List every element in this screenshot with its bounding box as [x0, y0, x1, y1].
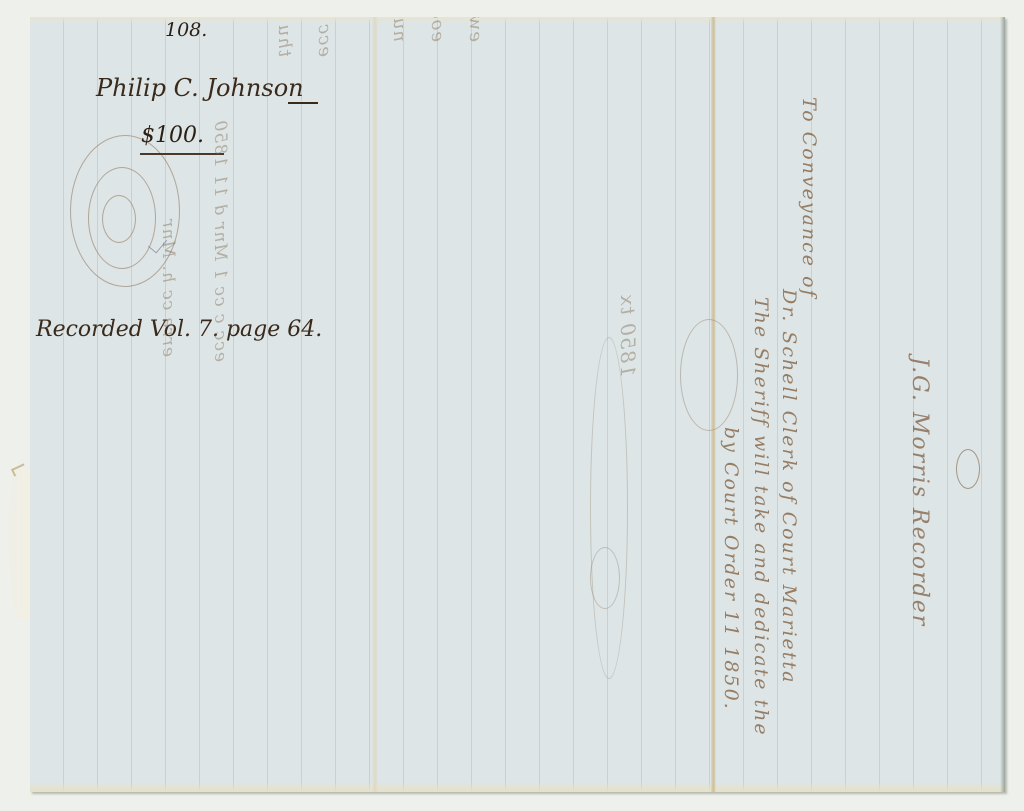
loop-mark: [680, 319, 738, 431]
bleed-through-column: erre cc h. Mnr: [158, 219, 178, 357]
docket-line: To Conveyance of: [798, 97, 820, 299]
amount: $100.: [141, 123, 204, 148]
bleed-through-column: ew r wr c ar wr 3 cc: [465, 17, 486, 42]
document-sheet: 108. Philip C. Johnson $100. Recorded Vo…: [30, 17, 1005, 792]
grantor-name: Philip C. Johnson: [96, 74, 304, 102]
bleed-through-column: thu ca Gu Mnru Co- Cr: [274, 17, 295, 57]
loop-mark-small: [590, 547, 620, 609]
docket-line: Dr. Schell Clerk of Court Marietta: [778, 289, 800, 684]
docket-signature: J.G. Morris Recorder: [907, 357, 932, 627]
docket-number: 108.: [165, 19, 207, 41]
paper-right-shadow: [1000, 17, 1005, 792]
loop-mark-tall: [590, 337, 628, 679]
recording-note: Recorded Vol. 7. page 64.: [36, 317, 322, 342]
bleed-through-column: eoe c cc Mr ce ec c: [427, 17, 448, 42]
paper-bottom-edge: [30, 782, 1005, 792]
signature-loop: [956, 449, 980, 489]
docket-line: by Court Order 11 1850.: [720, 427, 742, 711]
bleed-through-note: 1850 tx: [616, 293, 640, 377]
torn-edge: [8, 470, 30, 620]
bleed-through-column: nu Mr c c cr cr c r: [389, 17, 410, 42]
name-dash: [288, 102, 318, 104]
spiral-flourish-inner: [102, 195, 136, 243]
docket-line: The Sheriff will take and dedicate the: [750, 297, 772, 737]
fold-crease-center: [372, 17, 378, 792]
bleed-through-column: ecc c cc 1 Mnr d 11 1850: [210, 119, 230, 362]
bleed-through-column: ecc c rnc vr Muc d sr: [314, 17, 335, 57]
